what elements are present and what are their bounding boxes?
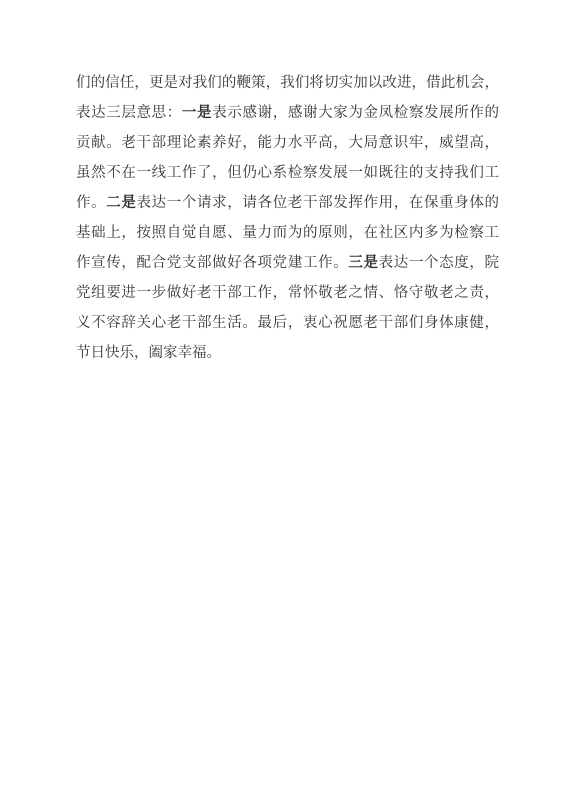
- text-segment: 作宣传，配合党支部做好各项党建工作。: [76, 255, 348, 271]
- text-segment: 基础上，按照自觉自愿、量力而为的原则，在社区内多为检察工: [76, 225, 499, 241]
- document-page: 们的信任，更是对我们的鞭策，我们将切实加以改进，借此机会，表达三层意思：一是表示…: [0, 0, 565, 800]
- text-segment: 贡献。老干部理论素养好，能力水平高，大局意识牢，威望高，: [76, 135, 499, 151]
- text-line: 作。二是表达一个请求，请各位老干部发挥作用，在保重身体的: [76, 188, 499, 218]
- text-segment: 节日快乐，阖家幸福。: [76, 345, 221, 361]
- text-segment: 表达一个请求，请各位老干部发挥作用，在保重身体的: [137, 195, 499, 211]
- text-segment: 表示感谢，感谢大家为金凤检察发展所作的: [212, 105, 499, 121]
- text-line: 作宣传，配合党支部做好各项党建工作。三是表达一个态度，院: [76, 248, 499, 278]
- text-segment: 义不容辞关心老干部生活。最后，衷心祝愿老干部们身体康健，: [76, 315, 499, 331]
- text-segment: 表达一个态度，院: [379, 255, 499, 271]
- emphasis-text: 二是: [106, 195, 136, 211]
- text-line: 基础上，按照自觉自愿、量力而为的原则，在社区内多为检察工: [76, 218, 499, 248]
- text-segment: 党组要进一步做好老干部工作，常怀敬老之情、恪守敬老之责，: [76, 285, 499, 301]
- emphasis-text: 一是: [182, 105, 212, 121]
- text-segment: 作。: [76, 195, 106, 211]
- text-line: 义不容辞关心老干部生活。最后，衷心祝愿老干部们身体康健，: [76, 308, 499, 338]
- text-line: 贡献。老干部理论素养好，能力水平高，大局意识牢，威望高，: [76, 128, 499, 158]
- text-segment: 表达三层意思：: [76, 105, 182, 121]
- paragraph: 们的信任，更是对我们的鞭策，我们将切实加以改进，借此机会，表达三层意思：一是表示…: [76, 68, 499, 368]
- emphasis-text: 三是: [348, 255, 378, 271]
- text-line: 表达三层意思：一是表示感谢，感谢大家为金凤检察发展所作的: [76, 98, 499, 128]
- text-segment: 虽然不在一线工作了，但仍心系检察发展一如既往的支持我们工: [76, 165, 499, 181]
- text-line: 节日快乐，阖家幸福。: [76, 338, 499, 368]
- text-line: 们的信任，更是对我们的鞭策，我们将切实加以改进，借此机会，: [76, 68, 499, 98]
- text-segment: 们的信任，更是对我们的鞭策，我们将切实加以改进，借此机会，: [76, 75, 499, 91]
- text-line: 虽然不在一线工作了，但仍心系检察发展一如既往的支持我们工: [76, 158, 499, 188]
- text-line: 党组要进一步做好老干部工作，常怀敬老之情、恪守敬老之责，: [76, 278, 499, 308]
